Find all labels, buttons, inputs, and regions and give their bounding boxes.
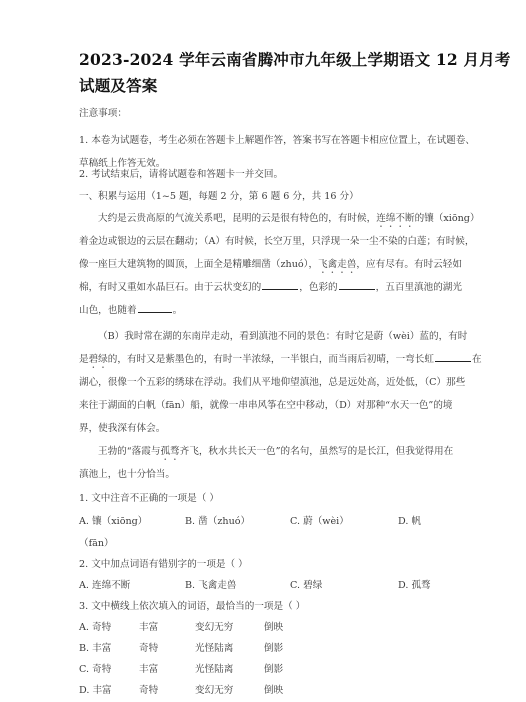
question-3-option-b-word2: 奇特 (139, 640, 158, 654)
text: 齐飞，秋水共长天一色”的名句，虽然写的是长江，但我觉得用在 (180, 446, 454, 457)
passage-p2-line1: （B）我时常在湖的东南岸走动，看到滇池不同的景色：有时它是蔚（wèi）蓝的，有时 (98, 328, 467, 342)
question-1-option-b: B. 凿（zhuó） (185, 513, 250, 527)
question-3-option-c-word2: 丰富 (139, 661, 158, 675)
question-3-option-c-word3: 光怪陆离 (195, 661, 233, 675)
text: 大约是云贵高原的气流关系吧，昆明的云是很有特色的，有时候， (98, 213, 376, 224)
text: 的镶（xiōng） (415, 213, 480, 224)
question-3-option-a-word1: A. 奇特 (79, 619, 111, 633)
question-3-option-d-word4: 倒映 (264, 682, 283, 696)
question-1-option-d: D. 帆 (398, 513, 421, 527)
text: 。 (173, 305, 183, 316)
passage-p3-line2: 滇池上，也十分恰当。 (79, 466, 175, 480)
note-1-line1: 1. 本卷为试题卷，考生必须在答题卡上解题作答，答案书写在答题卡相应位置上，在试… (79, 132, 475, 146)
question-1-stem: 1. 文中注音不正确的一项是（ ） (79, 490, 219, 504)
question-3-option-c-word1: C. 奇特 (79, 661, 111, 675)
text: ，五百里滇池的湖光 (376, 282, 462, 293)
fill-blank-2 (339, 280, 375, 290)
dotted-word: 孤骛 (160, 446, 179, 457)
text: 山色，也随着 (79, 305, 137, 316)
question-3-option-b-word4: 倒影 (264, 640, 283, 654)
question-2-stem: 2. 文中加点词语有错别字的一项是（ ） (79, 556, 248, 570)
question-3-option-a-word3: 变幻无穷 (195, 619, 233, 633)
text: ，应有尽有。有时云轻如 (356, 259, 462, 270)
text: 棉，有时又重如水晶巨石。由于云状变幻的 (79, 282, 261, 293)
question-2-option-c: C. 碧绿 (290, 577, 322, 591)
question-3-option-b-word3: 光怪陆离 (195, 640, 233, 654)
dotted-word: 连绵不断 (376, 213, 414, 224)
fill-blank-4 (435, 352, 471, 362)
passage-p1-line5: 山色，也随着。 (79, 302, 182, 316)
passage-p1-line4: 棉，有时又重如水晶巨石。由于云状变幻的，色彩的，五百里滇池的湖光 (79, 279, 462, 293)
text: 王勃的“落霞与 (98, 446, 160, 457)
question-3-option-d-word1: D. 丰富 (79, 682, 112, 696)
question-3-option-a-word4: 倒映 (264, 619, 283, 633)
passage-p2-line3: 湖心，很像一个五彩的绣球在浮动。我们从平地仰望滇池，总是远处高，近处低，（C）那… (79, 374, 465, 388)
question-3-option-d-word2: 奇特 (139, 682, 158, 696)
dotted-word: 碧绿 (89, 354, 108, 365)
text: 是 (79, 354, 89, 365)
passage-p2-line2: 是碧绿的，有时又是紫墨色的，有时一半浓绿，一半银白，而当雨后初晴，一弯长虹在 (79, 351, 482, 371)
fill-blank-1 (262, 280, 298, 290)
notes-heading: 注意事项： (79, 105, 127, 119)
question-3-option-c-word4: 倒影 (264, 661, 283, 675)
question-3-option-d-word3: 变幻无穷 (195, 682, 233, 696)
question-1-option-c: C. 蔚（wèi） (290, 513, 349, 527)
passage-p3-line1: 王勃的“落霞与孤骛齐飞，秋水共长天一色”的名句，虽然写的是长江，但我觉得用在 (98, 443, 453, 463)
question-1-option-a: A. 镶（xiōng） (79, 513, 147, 527)
question-3-stem: 3. 文中横线上依次填入的词语，最恰当的一项是（ ） (79, 598, 305, 612)
passage-p1-line1: 大约是云贵高原的气流关系吧，昆明的云是很有特色的，有时候，连绵不断的镶（xiōn… (98, 210, 480, 230)
text: ，色彩的 (299, 282, 337, 293)
document-title-line1: 2023-2024 学年云南省腾冲市九年级上学期语文 12 月月考 (79, 48, 511, 70)
document-page: 2023-2024 学年云南省腾冲市九年级上学期语文 12 月月考 试题及答案 … (0, 0, 526, 702)
note-2: 2. 考试结束后，请将试题卷和答题卡一并交回。 (79, 166, 283, 180)
question-2-option-a: A. 连绵不断 (79, 577, 130, 591)
question-3-option-a-word2: 丰富 (139, 619, 158, 633)
question-1-option-d-overflow: （fān） (79, 535, 114, 549)
text: 像一座巨大建筑物的圆顶，上面全是精雕细凿（zhuó）， (79, 259, 318, 270)
section-1-heading: 一、积累与运用（1~5 题，每题 2 分，第 6 题 6 分，共 16 分） (79, 188, 359, 202)
question-2-option-d: D. 孤骛 (398, 577, 431, 591)
passage-p1-line3: 像一座巨大建筑物的圆顶，上面全是精雕细凿（zhuó），飞禽走兽，应有尽有。有时云… (79, 256, 462, 276)
fill-blank-3 (138, 303, 172, 313)
passage-p2-line4: 来往于湖面的白帆（fān）船，就像一串串风筝在空中移动，（D）对那种“水天一色”… (79, 397, 453, 411)
text: 在 (472, 354, 482, 365)
question-3-option-b-word1: B. 丰富 (79, 640, 111, 654)
passage-p1-line2: 着金边或银边的云层在翻动；（A）有时候，长空万里，只浮现一朵一尘不染的白莲；有时… (79, 233, 474, 247)
passage-p2-line5: 界，使我深有体会。 (79, 420, 165, 434)
document-title-line2: 试题及答案 (79, 74, 158, 96)
text: 的，有时又是紫墨色的，有时一半浓绿，一半银白，而当雨后初晴，一弯长虹 (108, 354, 434, 365)
dotted-word: 飞禽走兽 (318, 259, 356, 270)
question-2-option-b: B. 飞禽走兽 (185, 577, 237, 591)
